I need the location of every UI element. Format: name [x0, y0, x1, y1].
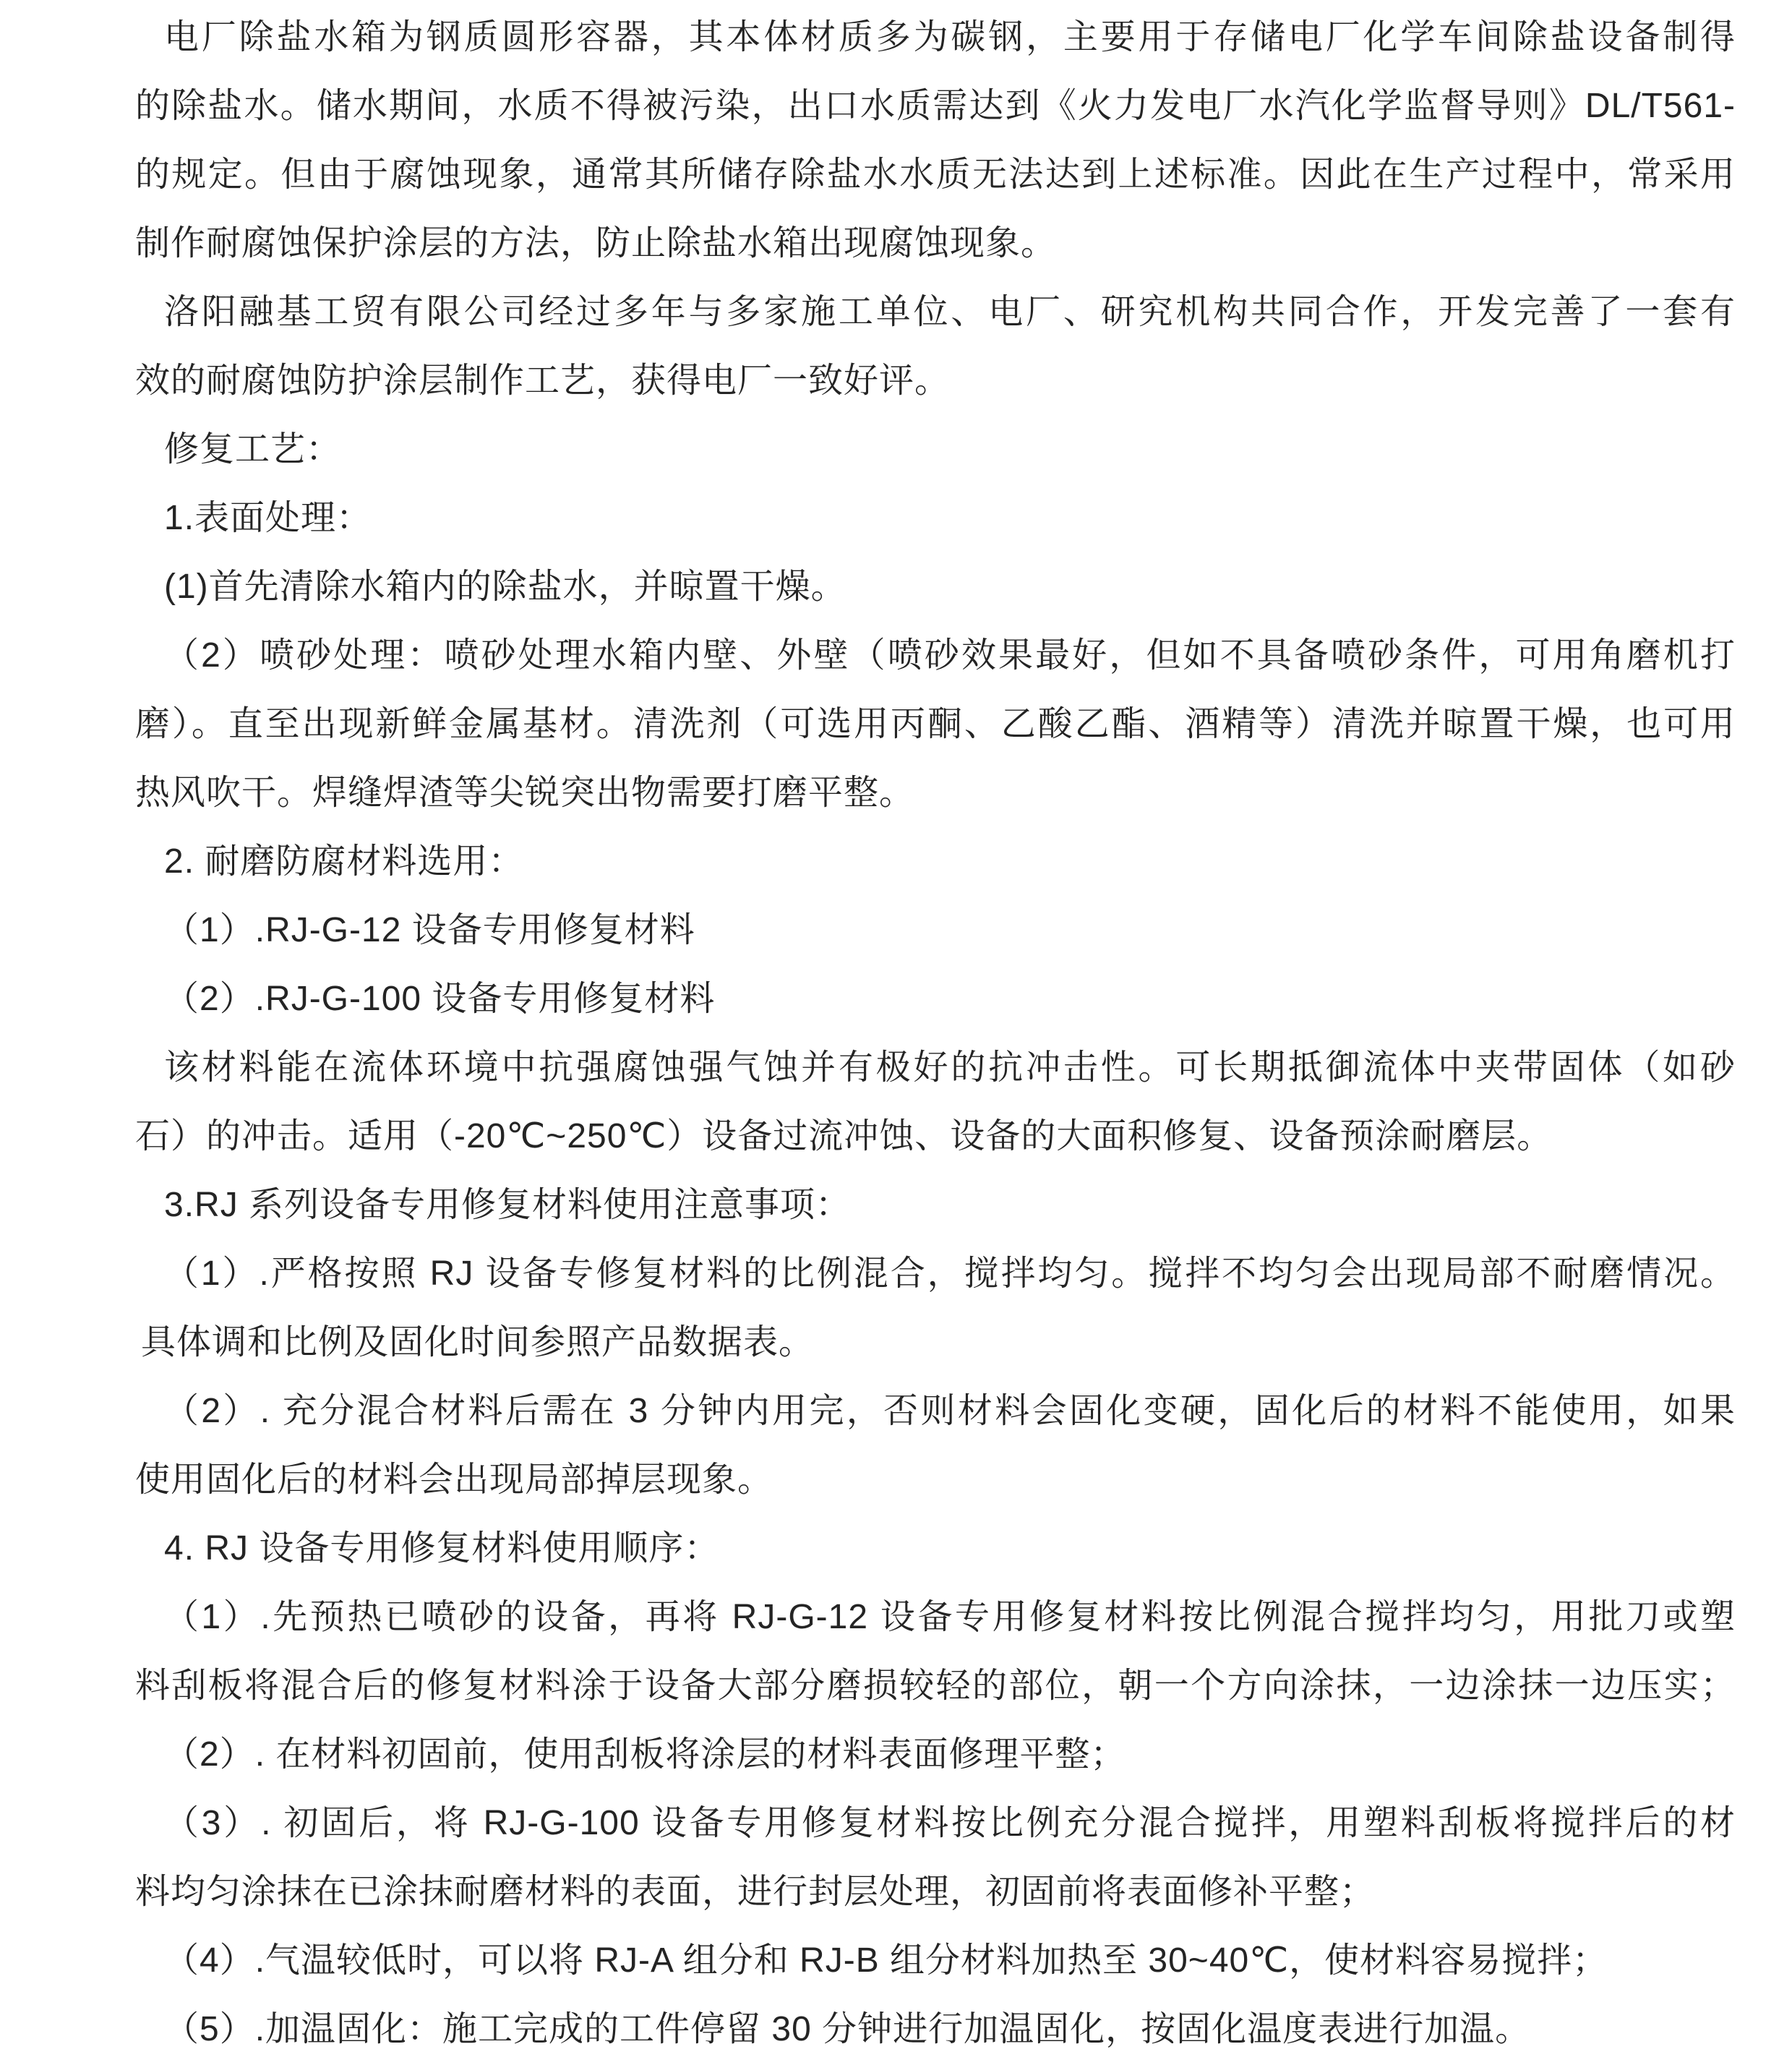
text-line: 热风吹干。焊缝焊渣等尖锐突出物需要打磨平整。 — [135, 758, 1736, 827]
text-line: （5）.加温固化：施工完成的工件停留 30 分钟进行加温固化，按固化温度表进行加… — [135, 1995, 1736, 2064]
text-line: （1）.先预热已喷砂的设备，再将 RJ-G-12 设备专用修复材料按比例混合搅拌… — [135, 1583, 1736, 1651]
text-line: 制作耐腐蚀保护涂层的方法，防止除盐水箱出现腐蚀现象。 — [135, 209, 1736, 278]
text-line: 石）的冲击。适用（-20℃~250℃）设备过流冲蚀、设备的大面积修复、设备预涂耐… — [135, 1102, 1736, 1171]
text-line: 具体调和比例及固化时间参照产品数据表。 — [135, 1308, 1736, 1377]
text-line: 料刮板将混合后的修复材料涂于设备大部分磨损较轻的部位，朝一个方向涂抹，一边涂抹一… — [135, 1651, 1736, 1720]
text-line: 修复工艺： — [135, 415, 1736, 484]
text-line: (1)首先清除水箱内的除盐水，并晾置干燥。 — [135, 552, 1736, 621]
text-line: 4. RJ 设备专用修复材料使用顺序： — [135, 1514, 1736, 1583]
text-line: 的规定。但由于腐蚀现象，通常其所储存除盐水水质无法达到上述标准。因此在生产过程中… — [135, 140, 1736, 209]
text-line: （2）. 充分混合材料后需在 3 分钟内用完，否则材料会固化变硬，固化后的材料不… — [135, 1377, 1736, 1445]
text-line: 料均匀涂抹在已涂抹耐磨材料的表面，进行封层处理，初固前将表面修补平整； — [135, 1857, 1736, 1926]
text-line: （3）. 初固后，将 RJ-G-100 设备专用修复材料按比例充分混合搅拌，用塑… — [135, 1789, 1736, 1857]
text-line: （4）.气温较低时，可以将 RJ-A 组分和 RJ-B 组分材料加热至 30~4… — [135, 1926, 1736, 1995]
text-line: 1.表面处理： — [135, 484, 1736, 552]
text-line: 3.RJ 系列设备专用修复材料使用注意事项： — [135, 1171, 1736, 1239]
text-line: 电厂除盐水箱为钢质圆形容器，其本体材质多为碳钢，主要用于存储电厂化学车间除盐设备… — [135, 3, 1736, 72]
text-line: 效的耐腐蚀防护涂层制作工艺，获得电厂一致好评。 — [135, 346, 1736, 415]
document-page: 电厂除盐水箱为钢质圆形容器，其本体材质多为碳钢，主要用于存储电厂化学车间除盐设备… — [0, 0, 1792, 2065]
text-line: 该材料能在流体环境中抗强腐蚀强气蚀并有极好的抗冲击性。可长期抵御流体中夹带固体（… — [135, 1033, 1736, 1102]
text-line: 的除盐水。储水期间，水质不得被污染，出口水质需达到《火力发电厂水汽化学监督导则》… — [135, 72, 1736, 140]
text-line: 2. 耐磨防腐材料选用： — [135, 827, 1736, 896]
text-line: （2）.RJ-G-100 设备专用修复材料 — [135, 965, 1736, 1033]
text-line: （1）.RJ-G-12 设备专用修复材料 — [135, 896, 1736, 965]
text-line: 磨）。直至出现新鲜金属基材。清洗剂（可选用丙酮、乙酸乙酯、酒精等）清洗并晾置干燥… — [135, 690, 1736, 758]
text-line: （1）.严格按照 RJ 设备专修复材料的比例混合，搅拌均匀。搅拌不均匀会出现局部… — [135, 1239, 1736, 1308]
text-line: 使用固化后的材料会出现局部掉层现象。 — [135, 1445, 1736, 1514]
text-line: 洛阳融基工贸有限公司经过多年与多家施工单位、电厂、研究机构共同合作，开发完善了一… — [135, 278, 1736, 346]
text-line: （2）. 在材料初固前，使用刮板将涂层的材料表面修理平整； — [135, 1720, 1736, 1789]
text-line: （2）喷砂处理：喷砂处理水箱内壁、外壁（喷砂效果最好，但如不具备喷砂条件，可用角… — [135, 621, 1736, 690]
